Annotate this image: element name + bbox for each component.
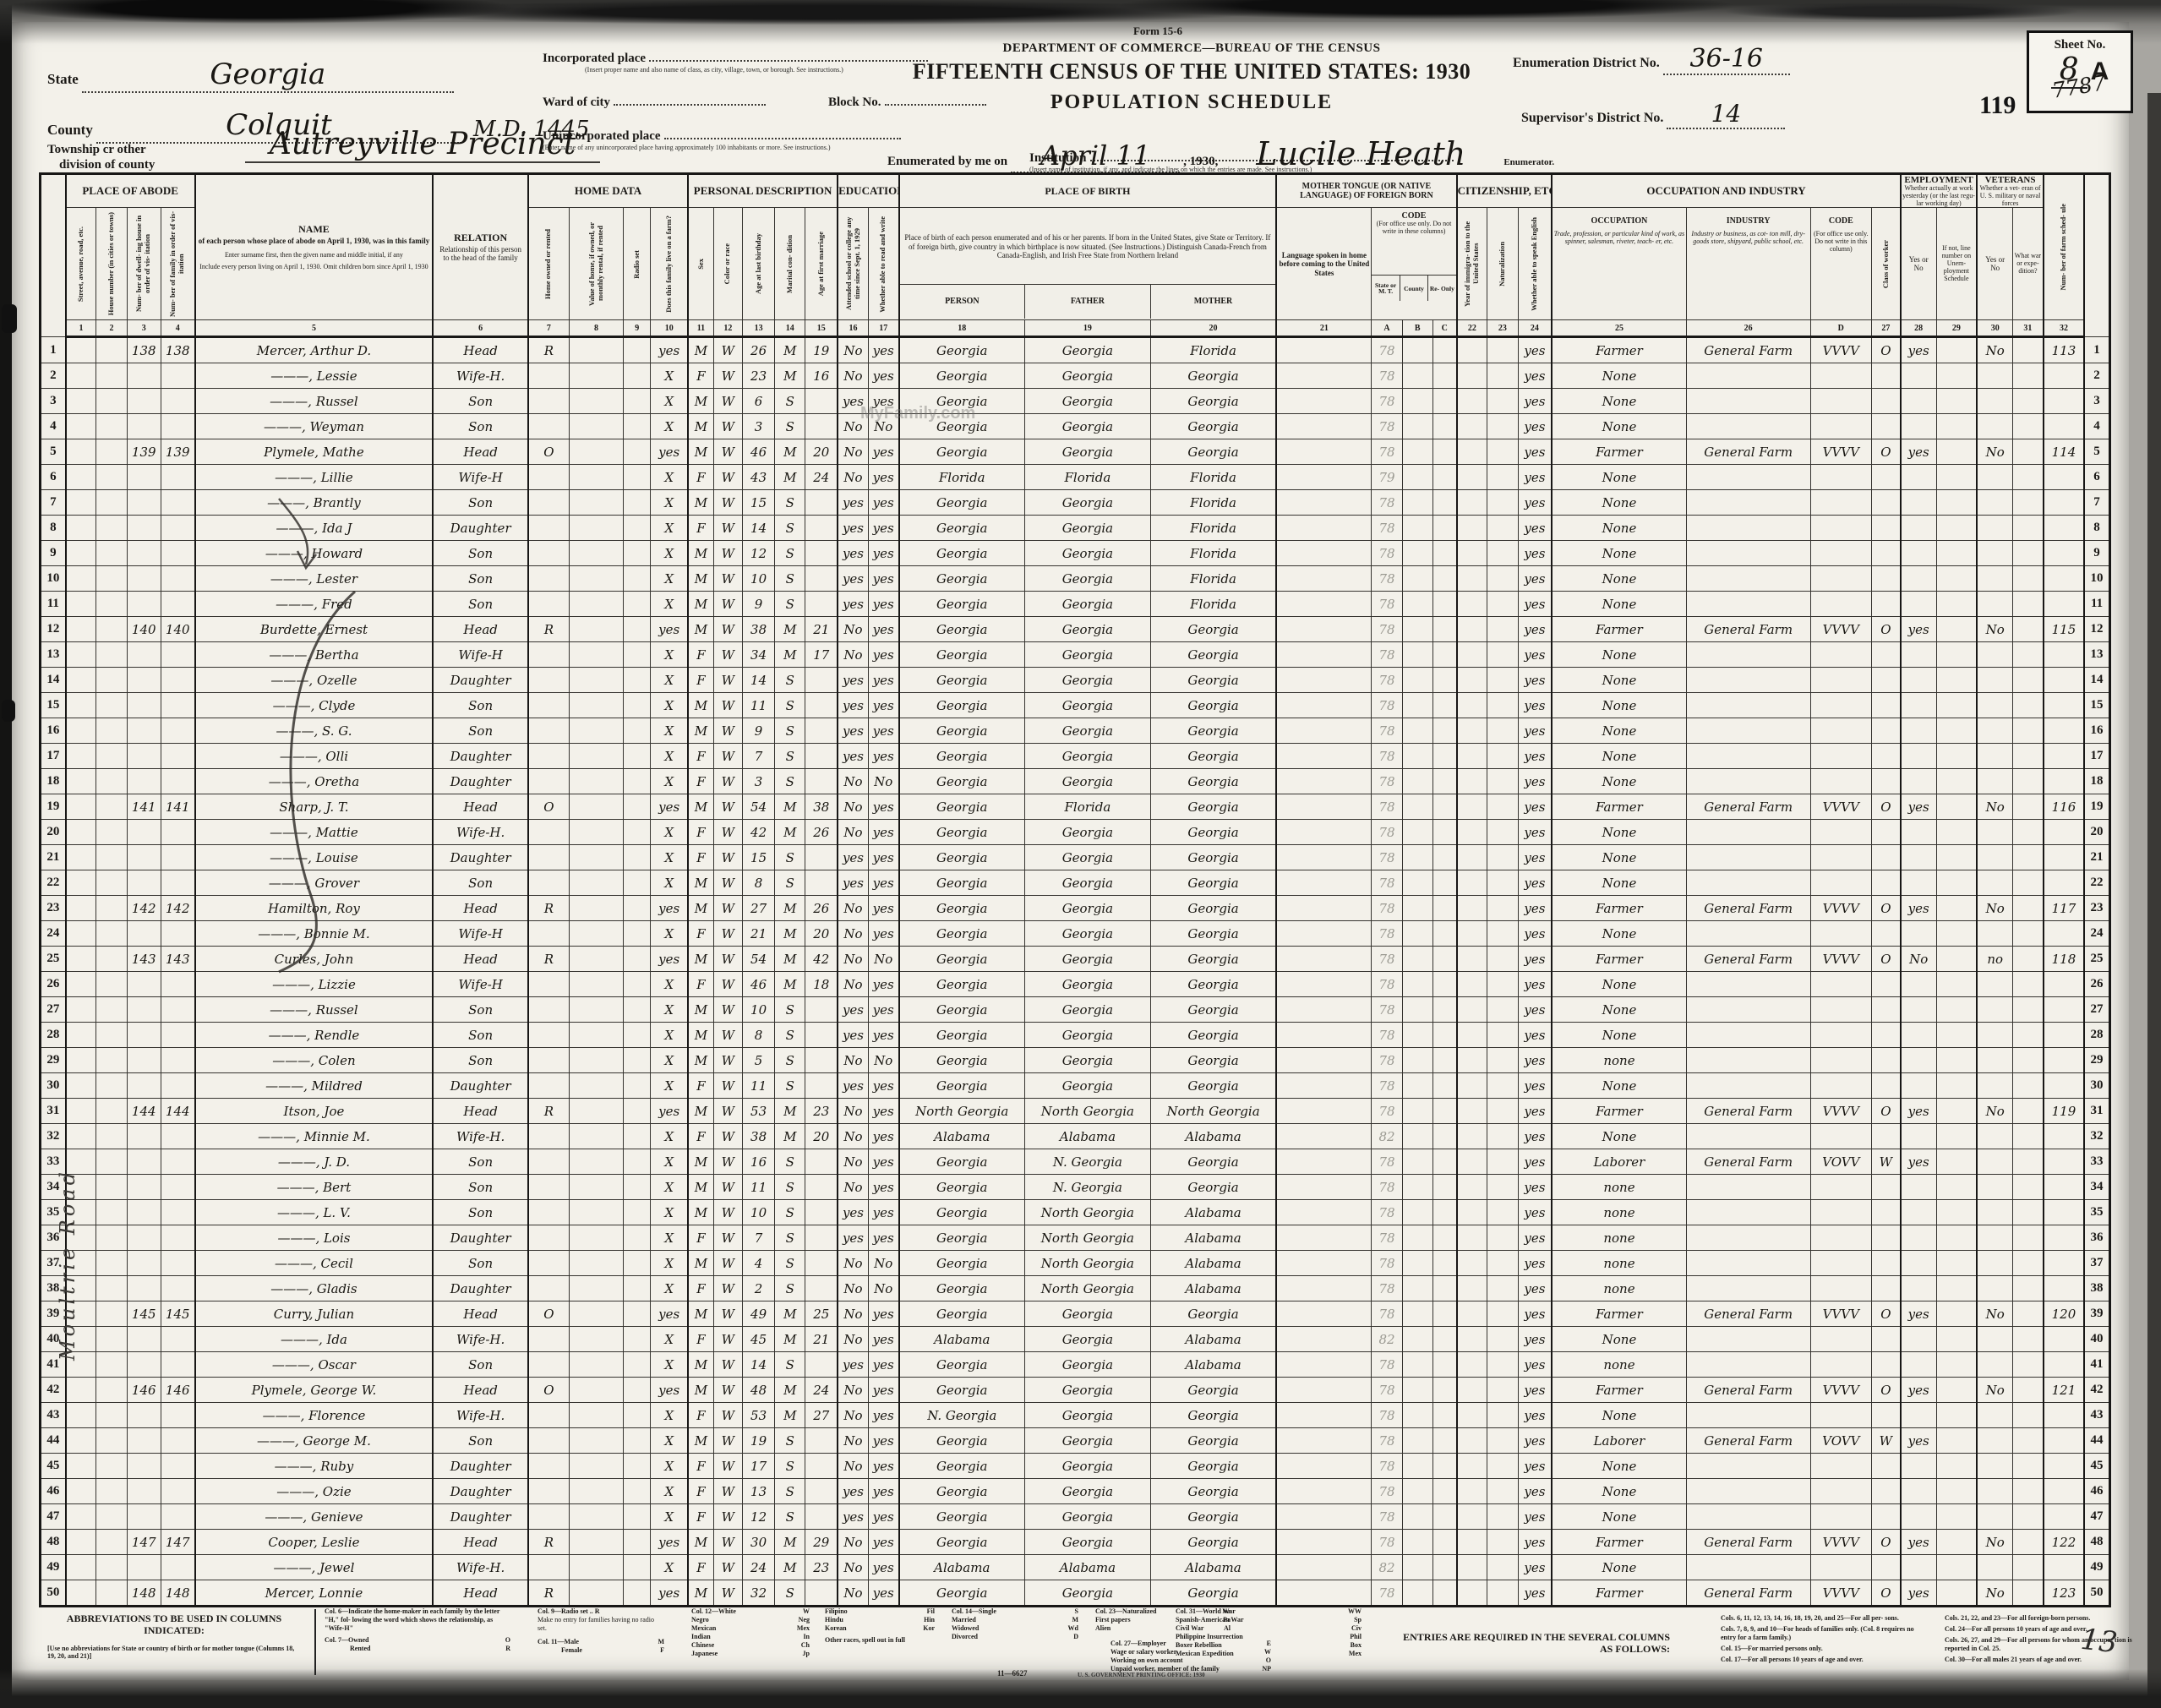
cell-war [2013, 1149, 2044, 1175]
cell-at-work [1901, 744, 1936, 769]
cell-code-d: VVVV [1810, 439, 1871, 465]
cell-marital-condition: S [775, 1428, 805, 1454]
abbreviation-item: JapaneseJp [691, 1650, 810, 1658]
abbreviation-item: Col. 14—SingleS [952, 1607, 1078, 1616]
cell-immigration-year [1457, 1352, 1487, 1378]
cell-name: ———, Bertha [195, 642, 434, 668]
cell-line-number: 12 [2084, 617, 2109, 642]
cell-code-d [1810, 1276, 1871, 1301]
cell-dwelling-number [127, 642, 161, 668]
cell-code-c [1432, 1327, 1456, 1352]
cell-home-owned-rented: O [528, 1301, 569, 1327]
cell-immigration-year [1457, 896, 1487, 921]
cell-class-of-worker [1872, 541, 1901, 566]
veteran-yesno-header: Yes or No [1977, 208, 2012, 320]
cell-name: ———, Fred [195, 592, 434, 617]
cell-name: ———, Brantly [195, 490, 434, 516]
enumerator-label: Enumerator. [1503, 157, 1554, 167]
cell-birthplace-mother: Georgia [1150, 389, 1276, 414]
cell-occupation: None [1552, 1504, 1686, 1530]
cell-family-number: 144 [161, 1099, 194, 1124]
cell-attended-school: No [838, 1454, 868, 1479]
cell-home-owned-rented [528, 1124, 569, 1149]
cell-line-number: 2 [2084, 363, 2109, 389]
cell-war [2013, 1124, 2044, 1149]
cell-radio-set [624, 1023, 651, 1048]
cell-industry: General Farm [1686, 617, 1810, 642]
cell-birthplace-person: Georgia [899, 693, 1025, 718]
cell-marital-condition: S [775, 1073, 805, 1099]
cell-house-number [96, 870, 127, 896]
radio-set-header: Radio set [624, 208, 651, 320]
cell-code-d [1810, 693, 1871, 718]
table-row: 16———, S. G.SonXMW9SyesyesGeorgiaGeorgia… [41, 718, 2110, 744]
cell-home-value [569, 1504, 623, 1530]
house-number-header: House number (in cities or towns) [96, 208, 127, 320]
cell-at-work [1901, 1327, 1936, 1352]
cell-age-first-marriage [805, 1454, 838, 1479]
cell-language [1276, 1048, 1372, 1073]
cell-occupation: None [1552, 592, 1686, 617]
cell-lives-on-farm: X [651, 465, 688, 490]
cell-war [2013, 744, 2044, 769]
cell-birthplace-mother: Georgia [1150, 439, 1276, 465]
cell-line-number: 31 [2084, 1099, 2109, 1124]
cell-language [1276, 997, 1372, 1023]
cell-home-owned-rented [528, 414, 569, 439]
cell-family-number: 143 [161, 947, 194, 972]
cell-line-number: 25 [2084, 947, 2109, 972]
cell-unemployment-line [1936, 490, 1977, 516]
cell-street [66, 1479, 96, 1504]
cell-dwelling-number [127, 1454, 161, 1479]
cell-code-b [1402, 1504, 1432, 1530]
cell-immigration-year [1457, 363, 1487, 389]
cell-name: Cooper, Leslie [195, 1530, 434, 1555]
cell-home-value [569, 744, 623, 769]
cell-code-d: VVVV [1810, 1378, 1871, 1403]
cell-house-number [96, 820, 127, 845]
cell-relation: Daughter [433, 744, 528, 769]
cell-war [2013, 490, 2044, 516]
cell-class-of-worker [1872, 1504, 1901, 1530]
cell-code-d: VVVV [1810, 617, 1871, 642]
cell-unemployment-line [1936, 1454, 1977, 1479]
cell-radio-set [624, 972, 651, 997]
cell-war [2013, 1479, 2044, 1504]
cell-sex: M [688, 1378, 713, 1403]
cell-attended-school: No [838, 465, 868, 490]
cell-line-number: 15 [2084, 693, 2109, 718]
cell-marital-condition: S [775, 1149, 805, 1175]
cell-age-first-marriage: 20 [805, 1124, 838, 1149]
cell-sex: M [688, 1023, 713, 1048]
line-number-header [41, 174, 66, 337]
cell-language [1276, 896, 1372, 921]
cell-occupation: None [1552, 516, 1686, 541]
cell-farm-schedule [2044, 1276, 2084, 1301]
cell-home-owned-rented [528, 769, 569, 794]
cell-dwelling-number [127, 389, 161, 414]
cell-line-number: 15 [41, 693, 66, 718]
cell-code-c [1432, 414, 1456, 439]
cell-lives-on-farm: X [651, 769, 688, 794]
cell-farm-schedule: 120 [2044, 1301, 2084, 1327]
cell-read-write: yes [868, 1073, 898, 1099]
cell-veteran [1977, 668, 2012, 693]
cell-home-value [569, 769, 623, 794]
cell-dwelling-number [127, 516, 161, 541]
cell-class-of-worker [1872, 1048, 1901, 1073]
cell-speaks-english: yes [1518, 1378, 1552, 1403]
abbr-title: ABBREVIATIONS TO BE USED IN COLUMNS INDI… [47, 1613, 301, 1637]
cell-dwelling-number [127, 465, 161, 490]
cell-birthplace-father: Georgia [1024, 490, 1150, 516]
cell-age-first-marriage [805, 1023, 838, 1048]
cell-line-number: 17 [2084, 744, 2109, 769]
cell-age-first-marriage [805, 718, 838, 744]
cell-at-work [1901, 870, 1936, 896]
cell-color-race: W [713, 1352, 742, 1378]
cell-sex: M [688, 794, 713, 820]
cell-code-d [1810, 1454, 1871, 1479]
cell-naturalization [1487, 541, 1518, 566]
table-row: 6———, LillieWife-HXFW43M24NoyesFloridaFl… [41, 465, 2110, 490]
cell-radio-set [624, 1479, 651, 1504]
abbreviation-item: Philippine InsurrectionPhil [1176, 1633, 1362, 1641]
cell-birthplace-mother: Georgia [1150, 820, 1276, 845]
cell-birthplace-father: North Georgia [1024, 1251, 1150, 1276]
cell-relation: Son [433, 1023, 528, 1048]
cell-farm-schedule: 113 [2044, 337, 2084, 363]
cell-industry: General Farm [1686, 1530, 1810, 1555]
cell-age: 10 [742, 1200, 774, 1225]
cell-occupation: None [1552, 997, 1686, 1023]
cell-veteran [1977, 1048, 2012, 1073]
cell-code-b [1402, 1327, 1432, 1352]
cell-veteran [1977, 870, 2012, 896]
cell-birthplace-mother: Georgia [1150, 997, 1276, 1023]
cell-attended-school: No [838, 820, 868, 845]
cell-line-number: 45 [41, 1454, 66, 1479]
cell-line-number: 10 [41, 566, 66, 592]
cell-veteran [1977, 490, 2012, 516]
cell-attended-school: yes [838, 516, 868, 541]
group-citizenship: CITIZENSHIP, ETC. [1457, 174, 1553, 208]
cell-marital-condition: M [775, 1124, 805, 1149]
cell-line-number: 5 [41, 439, 66, 465]
cell-home-owned-rented [528, 1454, 569, 1479]
cell-class-of-worker: O [1872, 1530, 1901, 1555]
cell-home-value [569, 414, 623, 439]
cell-house-number [96, 769, 127, 794]
cell-at-work [1901, 490, 1936, 516]
cell-relation: Wife-H. [433, 363, 528, 389]
cell-class-of-worker [1872, 1276, 1901, 1301]
cell-occupation: none [1552, 1251, 1686, 1276]
cell-birthplace-person: Georgia [899, 718, 1025, 744]
group-personal-description: PERSONAL DESCRIPTION [688, 174, 838, 208]
table-row: 1138138Mercer, Arthur D.HeadRyesMW26M19N… [41, 337, 2110, 363]
cell-naturalization [1487, 744, 1518, 769]
cell-color-race: W [713, 1327, 742, 1352]
cell-unemployment-line [1936, 668, 1977, 693]
cell-relation: Daughter [433, 1225, 528, 1251]
cell-birthplace-person: Georgia [899, 896, 1025, 921]
cell-unemployment-line [1936, 718, 1977, 744]
cell-war [2013, 566, 2044, 592]
cell-code-b [1402, 794, 1432, 820]
cell-radio-set [624, 997, 651, 1023]
township-label: Township cr other division of county [47, 142, 259, 172]
cell-language [1276, 414, 1372, 439]
cell-lives-on-farm: X [651, 490, 688, 516]
entries-title: ENTRIES ARE REQUIRED IN THE SEVERAL COLU… [1391, 1631, 1670, 1656]
cell-home-value [569, 718, 623, 744]
cell-read-write: No [868, 1251, 898, 1276]
cell-unemployment-line [1936, 541, 1977, 566]
sex-header: Sex [688, 208, 713, 320]
cell-naturalization [1487, 389, 1518, 414]
cell-dwelling-number [127, 1428, 161, 1454]
cell-color-race: W [713, 465, 742, 490]
cell-line-number: 3 [41, 389, 66, 414]
cell-family-number [161, 1225, 194, 1251]
cell-sex: M [688, 1530, 713, 1555]
cell-class-of-worker [1872, 1124, 1901, 1149]
cell-unemployment-line [1936, 870, 1977, 896]
cell-marital-condition: M [775, 972, 805, 997]
cell-war [2013, 1301, 2044, 1327]
cell-birthplace-mother: Alabama [1150, 1276, 1276, 1301]
cell-age: 46 [742, 972, 774, 997]
cell-immigration-year [1457, 870, 1487, 896]
cell-industry [1686, 921, 1810, 947]
cell-family-number [161, 1428, 194, 1454]
cell-veteran [1977, 1352, 2012, 1378]
abbreviation-item: ChineseCh [691, 1641, 810, 1650]
cell-relation: Head [433, 1301, 528, 1327]
cell-farm-schedule [2044, 1200, 2084, 1225]
cell-speaks-english: yes [1518, 1504, 1552, 1530]
cell-age: 11 [742, 1175, 774, 1200]
cell-industry [1686, 1403, 1810, 1428]
cell-line-number: 43 [2084, 1403, 2109, 1428]
cell-age-first-marriage [805, 566, 838, 592]
cell-radio-set [624, 1403, 651, 1428]
cell-birthplace-mother: Georgia [1150, 769, 1276, 794]
cell-family-number: 139 [161, 439, 194, 465]
cell-radio-set [624, 1200, 651, 1225]
cell-lives-on-farm: X [651, 541, 688, 566]
cell-naturalization [1487, 363, 1518, 389]
cell-sex: M [688, 566, 713, 592]
cell-line-number: 39 [2084, 1301, 2109, 1327]
state-value: Georgia [210, 57, 325, 91]
cell-industry [1686, 668, 1810, 693]
cell-line-number: 27 [2084, 997, 2109, 1023]
column-number: D [1810, 320, 1871, 337]
cell-language [1276, 490, 1372, 516]
cell-naturalization [1487, 1530, 1518, 1555]
cell-read-write: yes [868, 921, 898, 947]
cell-birthplace-father: N. Georgia [1024, 1149, 1150, 1175]
cell-speaks-english: yes [1518, 1454, 1552, 1479]
cell-home-owned-rented [528, 693, 569, 718]
cell-birthplace-person: Georgia [899, 592, 1025, 617]
column-number: 20 [1150, 320, 1276, 337]
cell-code-c [1432, 439, 1456, 465]
film-edge-right [2147, 93, 2161, 1708]
cell-home-owned-rented [528, 490, 569, 516]
cell-birthplace-father: Georgia [1024, 541, 1150, 566]
cell-birthplace-mother: Georgia [1150, 414, 1276, 439]
cell-industry [1686, 972, 1810, 997]
cell-code-b [1402, 1301, 1432, 1327]
cell-line-number: 4 [41, 414, 66, 439]
cell-read-write: yes [868, 1428, 898, 1454]
cell-family-number: 141 [161, 794, 194, 820]
cell-code-b [1402, 1378, 1432, 1403]
cell-marital-condition: M [775, 337, 805, 363]
cell-house-number [96, 972, 127, 997]
cell-speaks-english: yes [1518, 1403, 1552, 1428]
cell-age: 10 [742, 566, 774, 592]
cell-lives-on-farm: X [651, 1403, 688, 1428]
cell-code-a: 78 [1372, 744, 1402, 769]
table-row: 49———, JewelWife-H.XFW24M23NoyesAlabamaA… [41, 1555, 2110, 1580]
cell-war [2013, 769, 2044, 794]
cell-immigration-year [1457, 820, 1487, 845]
cell-family-number [161, 1073, 194, 1099]
cell-unemployment-line [1936, 389, 1977, 414]
cell-radio-set [624, 1149, 651, 1175]
cell-birthplace-person: Alabama [899, 1555, 1025, 1580]
cell-age: 27 [742, 896, 774, 921]
occupation-header: OCCUPATION Trade, profession, or particu… [1552, 208, 1686, 320]
cell-attended-school: No [838, 921, 868, 947]
cell-read-write: yes [868, 744, 898, 769]
table-row: 26———, LizzieWife-HXFW46M18NoyesGeorgiaG… [41, 972, 2110, 997]
cell-marital-condition: S [775, 1251, 805, 1276]
cell-farm-schedule [2044, 389, 2084, 414]
cell-street [66, 744, 96, 769]
cell-code-b [1402, 1200, 1432, 1225]
cell-age-first-marriage [805, 1479, 838, 1504]
page-stamp: 119 [1979, 91, 2016, 120]
column-number: 12 [713, 320, 742, 337]
abbreviation-item: KoreanKor [825, 1624, 935, 1633]
cell-attended-school: yes [838, 566, 868, 592]
cell-industry [1686, 1073, 1810, 1099]
cell-code-a: 78 [1372, 1251, 1402, 1276]
abbreviation-item: Col. 31—World WarWW [1176, 1607, 1362, 1616]
cell-family-number: 142 [161, 896, 194, 921]
cell-read-write: yes [868, 1200, 898, 1225]
cell-immigration-year [1457, 337, 1487, 363]
cell-birthplace-mother: Alabama [1150, 1327, 1276, 1352]
cell-name: ———, J. D. [195, 1149, 434, 1175]
cell-farm-schedule: 114 [2044, 439, 2084, 465]
cell-immigration-year [1457, 439, 1487, 465]
cell-lives-on-farm: X [651, 972, 688, 997]
cell-dwelling-number: 139 [127, 439, 161, 465]
abbreviation-item: Civil WarCiv [1176, 1624, 1362, 1633]
column-number: 10 [651, 320, 688, 337]
cell-code-c [1432, 1555, 1456, 1580]
cell-relation: Son [433, 566, 528, 592]
cell-naturalization [1487, 997, 1518, 1023]
scan-smudge-bottom [0, 1669, 2161, 1708]
column-number: 3 [127, 320, 161, 337]
abbreviation-item: Mexican ExpeditionMex [1176, 1650, 1362, 1658]
cell-birthplace-father: Georgia [1024, 1378, 1150, 1403]
cell-farm-schedule [2044, 490, 2084, 516]
cell-radio-set [624, 1073, 651, 1099]
color-race-header: Color or race [713, 208, 742, 320]
cell-attended-school: No [838, 439, 868, 465]
cell-unemployment-line [1936, 1175, 1977, 1200]
cell-home-value [569, 490, 623, 516]
cell-veteran [1977, 1073, 2012, 1099]
cell-naturalization [1487, 1504, 1518, 1530]
table-row: 18———, OrethaDaughterXFW3SNoNoGeorgiaGeo… [41, 769, 2110, 794]
cell-name: ———, Cecil [195, 1251, 434, 1276]
cell-line-number: 44 [2084, 1428, 2109, 1454]
cell-home-owned-rented [528, 997, 569, 1023]
cell-birthplace-person: Georgia [899, 1428, 1025, 1454]
cell-home-owned-rented: O [528, 1378, 569, 1403]
cell-lives-on-farm: X [651, 592, 688, 617]
cell-veteran: No [1977, 1099, 2012, 1124]
cell-name: ———, Weyman [195, 414, 434, 439]
marital-header: Marital con- dition [775, 208, 805, 320]
cell-home-owned-rented: R [528, 617, 569, 642]
cell-attended-school: No [838, 1048, 868, 1073]
cell-line-number: 1 [41, 337, 66, 363]
cell-industry: General Farm [1686, 337, 1810, 363]
cell-birthplace-father: Florida [1024, 465, 1150, 490]
cell-dwelling-number [127, 1251, 161, 1276]
cell-sex: M [688, 1352, 713, 1378]
cell-family-number [161, 1276, 194, 1301]
cell-birthplace-father: Florida [1024, 794, 1150, 820]
cell-code-a: 78 [1372, 337, 1402, 363]
cell-home-value [569, 566, 623, 592]
cell-marital-condition: S [775, 718, 805, 744]
cell-birthplace-mother: Georgia [1150, 642, 1276, 668]
cell-marital-condition: S [775, 845, 805, 870]
cell-speaks-english: yes [1518, 541, 1552, 566]
cell-immigration-year [1457, 668, 1487, 693]
cell-color-race: W [713, 592, 742, 617]
cell-at-work: yes [1901, 896, 1936, 921]
cell-speaks-english: yes [1518, 921, 1552, 947]
cell-age-first-marriage [805, 490, 838, 516]
column-number: 21 [1276, 320, 1372, 337]
cell-relation: Son [433, 997, 528, 1023]
cell-radio-set [624, 1352, 651, 1378]
cell-dwelling-number [127, 718, 161, 744]
cell-code-c [1432, 1504, 1456, 1530]
cell-code-b [1402, 1454, 1432, 1479]
speaks-english-header: Whether able to speak English [1518, 208, 1552, 320]
cell-speaks-english: yes [1518, 718, 1552, 744]
enumeration-district-field: Enumeration District No. 36-16 [1513, 44, 1790, 75]
cell-code-b [1402, 1048, 1432, 1073]
read-write-header: Whether able to read and write [868, 208, 898, 320]
cell-marital-condition: M [775, 921, 805, 947]
